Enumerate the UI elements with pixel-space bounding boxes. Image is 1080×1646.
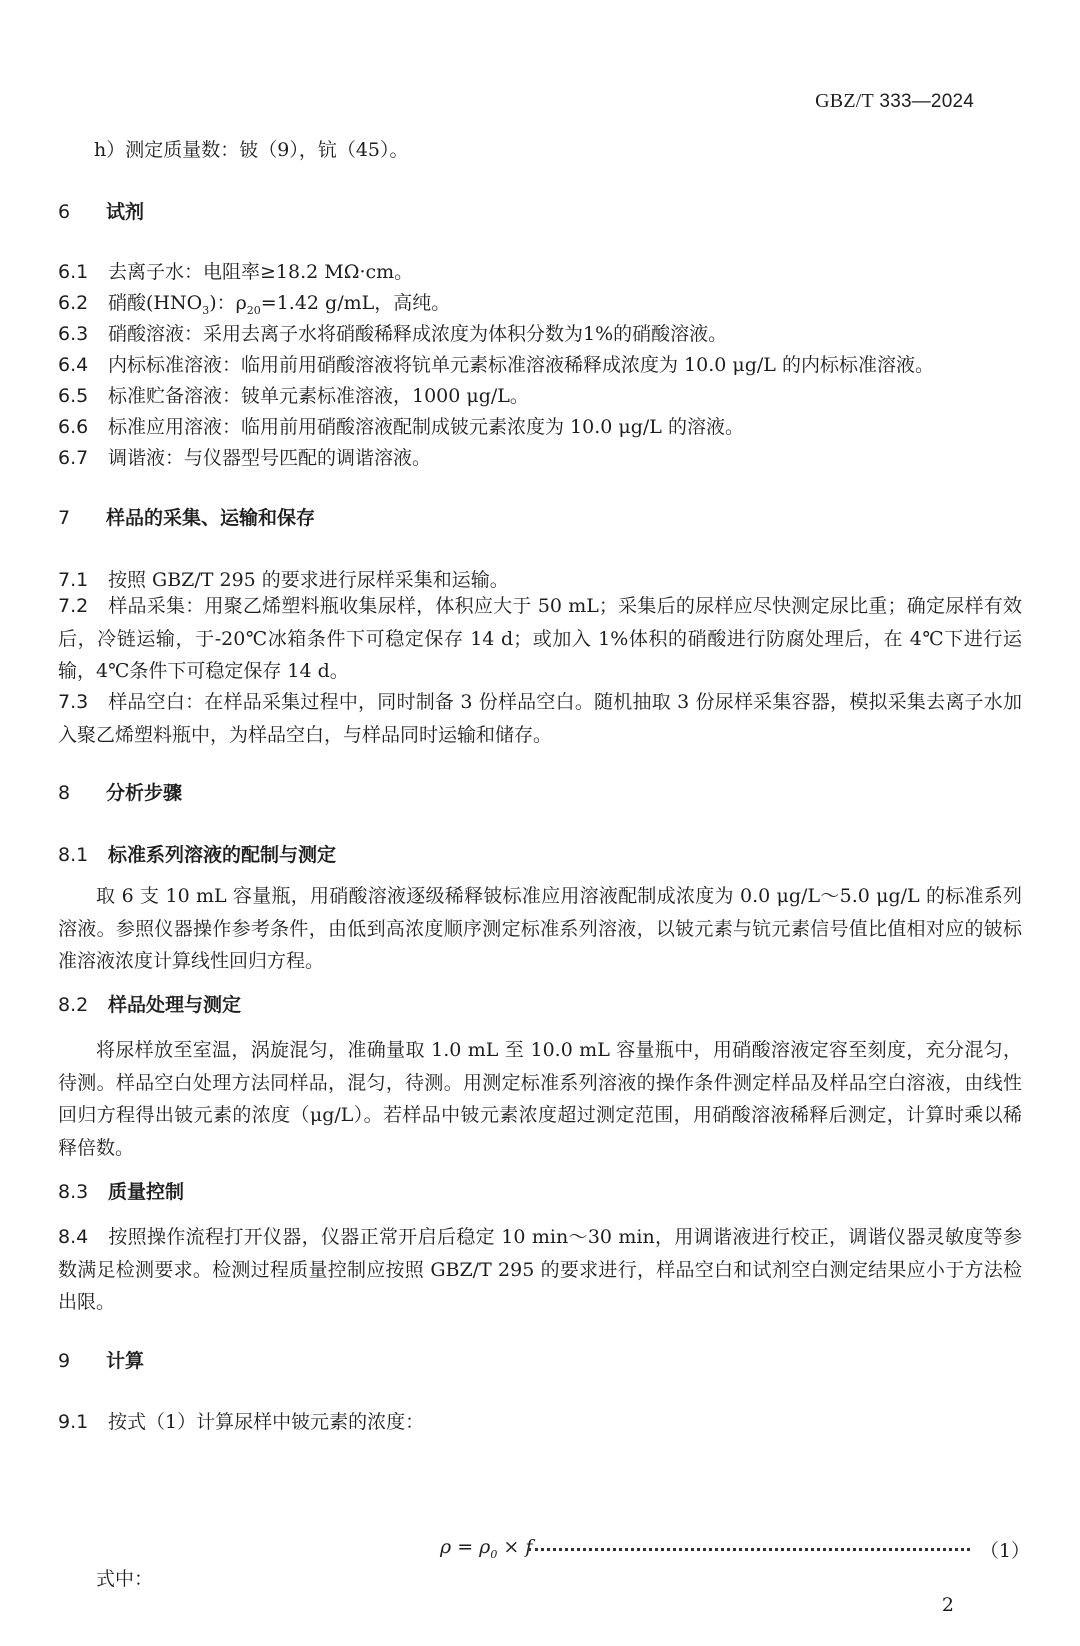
clause-6-5: 6.5标准贮备溶液：铍单元素标准溶液，1000 μg/L。 <box>58 380 529 412</box>
subsection-heading-8-2: 8.2样品处理与测定 <box>58 990 241 1017</box>
clause-text: 标准应用溶液：临用前用硝酸溶液配制成铍元素浓度为 10.0 μg/L 的溶液。 <box>108 416 744 438</box>
section-heading-8: 8分析步骤 <box>58 778 182 805</box>
clause-number: 8.4 <box>58 1221 108 1254</box>
formula-expression: ρ = ρ0 × f <box>440 1536 532 1558</box>
clause-text: 硝酸(HNO <box>108 292 202 314</box>
clause-6-7: 6.7调谐液：与仪器型号匹配的调谐溶液。 <box>58 442 431 474</box>
dotted-leader <box>528 1548 970 1551</box>
equation-number: （1） <box>980 1536 1030 1563</box>
clause-text: =1.42 g/mL，高纯。 <box>261 292 450 314</box>
subsection-heading-8-1: 8.1标准系列溶液的配制与测定 <box>58 840 336 867</box>
clause-8-4: 8.4按照操作流程打开仪器，仪器正常开启后稳定 10 min～30 min，用调… <box>58 1221 1022 1319</box>
subsection-title: 质量控制 <box>108 1181 184 1203</box>
subscript: 20 <box>247 304 261 317</box>
clause-text: 样品空白：在样品采集过程中，同时制备 3 份样品空白。随机抽取 3 份尿样采集容… <box>58 691 1022 746</box>
standard-code-number: 333—2024 <box>879 91 974 112</box>
subsection-number: 8.3 <box>58 1181 108 1203</box>
clause-7-2: 7.2样品采集：用聚乙烯塑料瓶收集尿样，体积应大于 50 mL；采集后的尿样应尽… <box>58 590 1022 688</box>
clause-text: 调谐液：与仪器型号匹配的调谐溶液。 <box>108 447 431 469</box>
clause-number: 6.5 <box>58 380 108 412</box>
section-number: 9 <box>58 1350 106 1372</box>
section-title: 分析步骤 <box>106 782 182 804</box>
subsection-heading-8-3: 8.3质量控制 <box>58 1177 184 1204</box>
paragraph-8-1: 取 6 支 10 mL 容量瓶，用硝酸溶液逐级稀释铍标准应用溶液配制成浓度为 0… <box>58 880 1022 978</box>
clause-7-3: 7.3样品空白：在样品采集过程中，同时制备 3 份样品空白。随机抽取 3 份尿样… <box>58 686 1022 751</box>
clause-text: 标准贮备溶液：铍单元素标准溶液，1000 μg/L。 <box>108 385 529 407</box>
clause-number: 9.1 <box>58 1406 108 1438</box>
clause-text: 硝酸溶液：采用去离子水将硝酸稀释成浓度为体积分数为1%的硝酸溶液。 <box>108 323 727 345</box>
formula-1: ρ = ρ0 × f （1） <box>440 1536 1030 1561</box>
clause-text: )：ρ <box>209 292 247 314</box>
standard-code: GBZ/T 333—2024 <box>815 90 974 113</box>
subsection-title: 标准系列溶液的配制与测定 <box>108 844 336 866</box>
section-number: 6 <box>58 201 106 223</box>
clause-number: 6.2 <box>58 287 108 319</box>
clause-number: 6.4 <box>58 349 108 381</box>
clause-6-1: 6.1去离子水：电阻率≥18.2 MΩ·cm。 <box>58 256 413 288</box>
clause-number: 6.7 <box>58 442 108 474</box>
clause-text: 去离子水：电阻率≥18.2 MΩ·cm。 <box>108 261 413 283</box>
list-item-h: h）测定质量数：铍（9），钪（45）。 <box>94 134 409 166</box>
section-title: 样品的采集、运输和保存 <box>106 507 315 529</box>
clause-number: 7.3 <box>58 686 108 719</box>
subsection-number: 8.2 <box>58 994 108 1016</box>
standard-code-prefix: GBZ/T <box>815 90 874 112</box>
subsection-title: 样品处理与测定 <box>108 994 241 1016</box>
page-number: 2 <box>942 1594 954 1616</box>
clause-number: 6.3 <box>58 318 108 350</box>
clause-text: 内标标准溶液：临用前用硝酸溶液将钪单元素标准溶液稀释成浓度为 10.0 μg/L… <box>108 354 934 376</box>
clause-number: 6.6 <box>58 411 108 443</box>
section-heading-7: 7样品的采集、运输和保存 <box>58 503 315 530</box>
subsection-number: 8.1 <box>58 844 108 866</box>
section-title: 计算 <box>106 1350 144 1372</box>
clause-6-6: 6.6标准应用溶液：临用前用硝酸溶液配制成铍元素浓度为 10.0 μg/L 的溶… <box>58 411 744 443</box>
clause-text: 按照操作流程打开仪器，仪器正常开启后稳定 10 min～30 min，用调谐液进… <box>58 1226 1022 1313</box>
clause-text: 按照 GBZ/T 295 的要求进行尿样采集和运输。 <box>108 569 509 591</box>
section-number: 7 <box>58 507 106 529</box>
section-heading-9: 9计算 <box>58 1346 144 1373</box>
clause-6-4: 6.4内标标准溶液：临用前用硝酸溶液将钪单元素标准溶液稀释成浓度为 10.0 μ… <box>58 349 934 381</box>
section-heading-6: 6试剂 <box>58 197 144 224</box>
clause-9-1: 9.1按式（1）计算尿样中铍元素的浓度： <box>58 1406 424 1438</box>
where-label: 式中： <box>96 1563 153 1595</box>
clause-number: 7.2 <box>58 590 108 623</box>
clause-6-3: 6.3硝酸溶液：采用去离子水将硝酸稀释成浓度为体积分数为1%的硝酸溶液。 <box>58 318 727 350</box>
section-number: 8 <box>58 782 106 804</box>
clause-number: 6.1 <box>58 256 108 288</box>
paragraph-8-2: 将尿样放至室温，涡旋混匀，准确量取 1.0 mL 至 10.0 mL 容量瓶中，… <box>58 1034 1022 1164</box>
clause-text: 按式（1）计算尿样中铍元素的浓度： <box>108 1411 424 1433</box>
clause-text: 样品采集：用聚乙烯塑料瓶收集尿样，体积应大于 50 mL；采集后的尿样应尽快测定… <box>58 595 1022 682</box>
section-title: 试剂 <box>106 201 144 223</box>
